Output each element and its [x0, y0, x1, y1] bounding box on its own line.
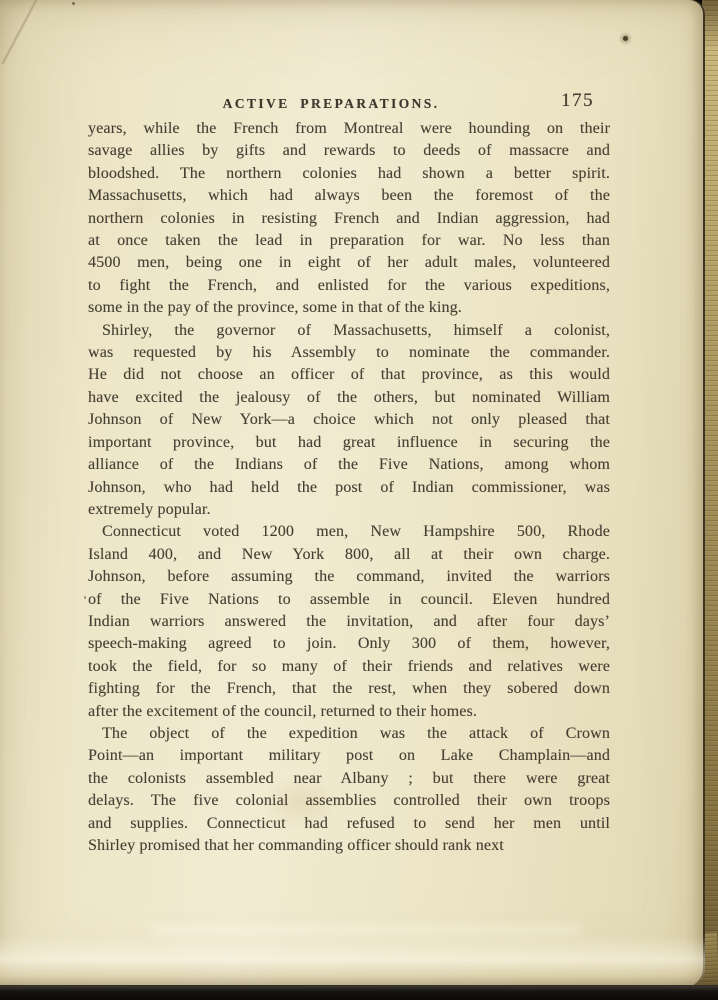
text-line: Point—an important military post on Lake…	[88, 745, 610, 767]
running-title: ACTIVE PREPARATIONS.	[223, 96, 440, 112]
ink-speck	[84, 596, 86, 599]
page-header: ACTIVE PREPARATIONS. 175	[88, 90, 610, 116]
text-line: have excited the jealousy of the others,…	[88, 387, 610, 409]
text-line: the colonists assembled near Albany ; bu…	[88, 768, 610, 790]
text-line: northern colonies in resisting French an…	[88, 208, 610, 230]
text-line: Johnson, before assuming the command, in…	[88, 566, 610, 588]
text-line: extremely popular.	[88, 499, 610, 521]
page-number: 175	[561, 90, 594, 112]
page-crease-highlight	[150, 926, 580, 935]
page-bottom-curl-shadow	[0, 936, 705, 988]
text-line: some in the pay of the province, some in…	[88, 297, 610, 319]
text-line: bloodshed. The northern colonies had sho…	[88, 163, 610, 185]
text-line: after the excitement of the council, ret…	[88, 701, 610, 723]
text-line: Johnson of New York—a choice which not o…	[88, 409, 610, 431]
book-page: ACTIVE PREPARATIONS. 175 years, while th…	[0, 0, 705, 988]
text-line: years, while the French from Montreal we…	[88, 118, 610, 140]
text-line: to fight the French, and enlisted for th…	[88, 275, 610, 297]
text-line: Shirley promised that her commanding off…	[88, 835, 610, 857]
text-line: fighting for the French, that the rest, …	[88, 678, 610, 700]
text-block: years, while the French from Montreal we…	[88, 118, 610, 857]
ink-speck	[623, 36, 628, 41]
text-line: Johnson, who had held the post of Indian…	[88, 477, 610, 499]
text-line: delays. The five colonial assemblies con…	[88, 790, 610, 812]
text-line: of the Five Nations to assemble in counc…	[88, 589, 610, 611]
text-line: Indian warriors answered the invitation,…	[88, 611, 610, 633]
desk-shadow-strip	[0, 985, 718, 1000]
text-line: was requested by his Assembly to nominat…	[88, 342, 610, 364]
text-line: 4500 men, being one in eight of her adul…	[88, 252, 610, 274]
text-line: Shirley, the governor of Massachusetts, …	[88, 320, 610, 342]
text-line: at once taken the lead in preparation fo…	[88, 230, 610, 252]
text-line: savage allies by gifts and rewards to de…	[88, 140, 610, 162]
text-line: alliance of the Indians of the Five Nati…	[88, 454, 610, 476]
text-line: Massachusetts, which had always been the…	[88, 185, 610, 207]
text-line: important province, but had great influe…	[88, 432, 610, 454]
text-line: and supplies. Connecticut had refused to…	[88, 813, 610, 835]
text-line: speech-making agreed to join. Only 300 o…	[88, 633, 610, 655]
text-line: He did not choose an officer of that pro…	[88, 364, 610, 386]
text-line: Connecticut voted 1200 men, New Hampshir…	[88, 521, 610, 543]
text-line: took the field, for so many of their fri…	[88, 656, 610, 678]
text-line: The object of the expedition was the att…	[88, 723, 610, 745]
text-line: Island 400, and New York 800, all at the…	[88, 544, 610, 566]
book-page-scan: ACTIVE PREPARATIONS. 175 years, while th…	[0, 0, 718, 1000]
ink-speck	[72, 2, 75, 5]
